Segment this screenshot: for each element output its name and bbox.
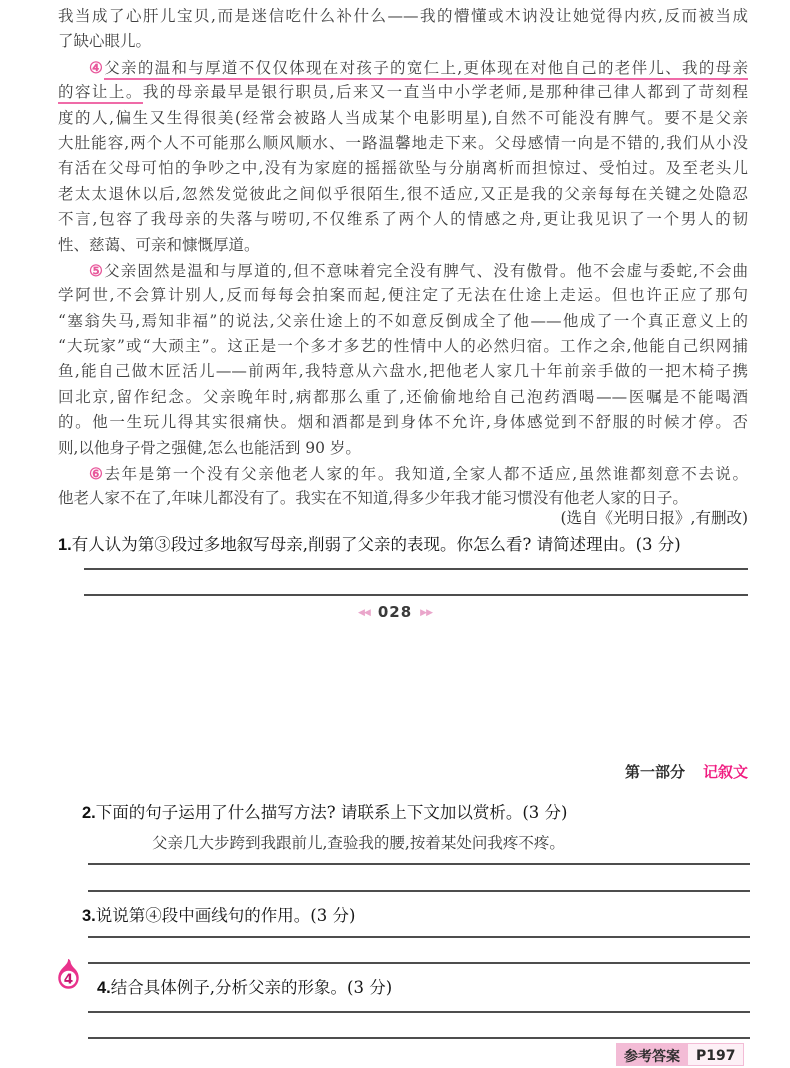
passage-text: 了缺心眼儿。 [58, 32, 151, 50]
passage-text: 去年是第一个没有父亲他老人家的年。我知道,全家人都不适应,虽然谁都刻意不去说。 [104, 465, 748, 483]
passage-line: 的。他一生玩儿得其实很痛快。烟和酒都是到身体不允许,身体感觉到不舒服的时候才停。… [58, 410, 748, 435]
passage-line: 不言,包容了我母亲的失落与唠叨,不仅维系了两个人的情感之舟,更让我见识了一个男人… [58, 207, 748, 232]
source-attribution: (选自《光明日报》,有删改) [58, 506, 748, 528]
passage-line: “大玩家”或“大顽主”。这正是一个多才多艺的性情中人的必然归宿。工作之余,他能自… [58, 334, 748, 359]
page-number-marker: ◀◀028▶▶ [0, 602, 790, 621]
passage-line: 的容让上。我的母亲最早是银行职员,后来又一直当中小学老师,是那种律己律人都到了苛… [58, 80, 748, 105]
section-part-label: 第一部分 [625, 763, 685, 781]
passage-text: 鱼,能自己做木匠活儿——前两年,我特意从六盘水,把他老人家几十年前亲手做的一把木… [58, 362, 748, 380]
answer-line [88, 1011, 750, 1013]
question-1: 1.有人认为第③段过多地叙写母亲,削弱了父亲的表现。你怎么看? 请简述理由。(3… [58, 531, 681, 555]
passage-text: 有活在父母可怕的争吵之中,没有为家庭的摇摇欲坠与分崩离析而担惊过、受怕过。及至老… [58, 159, 748, 177]
passage-line: 回北京,留作纪念。父亲晚年时,病都那么重了,还偷偷地给自己泡药酒喝——医嘱是不能… [58, 385, 748, 410]
passage-text: 回北京,留作纪念。父亲晚年时,病都那么重了,还偷偷地给自己泡药酒喝——医嘱是不能… [58, 388, 748, 406]
question-2: 2.下面的句子运用了什么描写方法? 请联系上下文加以赏析。(3 分) [82, 799, 567, 823]
passage-text: “大玩家”或“大顽主”。这正是一个多才多艺的性情中人的必然归宿。工作之余,他能自… [58, 337, 748, 355]
passage-text: 我当成了心肝儿宝贝,而是迷信吃什么补什么——我的懵懂或木讷没让她觉得内疚,反而被… [58, 7, 748, 25]
answer-line [84, 594, 748, 596]
passage-line: 学阿世,不会算计别人,反而每每会拍案而起,便注定了无法在仕途上走运。但也许正应了… [58, 283, 748, 308]
question-2-quote: 父亲几大步跨到我跟前儿,查验我的腰,按着某处问我疼不疼。 [152, 831, 565, 853]
passage-text: 我的母亲最早是银行职员,后来又一直当中小学老师,是那种律己律人都到了苛刻程 [143, 83, 748, 101]
passage-text: 学阿世,不会算计别人,反而每每会拍案而起,便注定了无法在仕途上走运。但也许正应了… [58, 286, 748, 304]
paragraph-number-icon: ⑤ [89, 261, 104, 280]
answer-line [88, 962, 750, 964]
section-header: 第一部分记叙文 [58, 761, 748, 782]
passage-text: 性、慈蔼、可亲和慷慨厚道。 [58, 236, 260, 254]
paragraph-number-icon: ④ [89, 58, 104, 77]
passage-text: 父亲固然是温和与厚道的,但不意味着完全没有脾气、没有傲骨。他不会虚与委蛇,不会曲 [104, 262, 748, 280]
hot-question-flame-icon: 4 [53, 958, 83, 992]
passage-line: 了缺心眼儿。 [58, 29, 748, 54]
passage-line: 性、慈蔼、可亲和慷慨厚道。 [58, 233, 748, 258]
question-4: 4.结合具体例子,分析父亲的形象。(3 分) [97, 974, 392, 998]
answer-line [88, 863, 750, 865]
question-3-number: 3. [82, 907, 96, 925]
underlined-sentence: 的容让上。 [58, 83, 143, 104]
passage-line: ⑤父亲固然是温和与厚道的,但不意味着完全没有脾气、没有傲骨。他不会虚与委蛇,不会… [58, 258, 748, 283]
passage-line: 我当成了心肝儿宝贝,而是迷信吃什么补什么——我的懵懂或木讷没让她觉得内疚,反而被… [58, 4, 748, 29]
passage-text: 老太太退休以后,忽然发觉彼此之间似乎很陌生,很不适应,又正是我的父亲每每在关键之… [58, 185, 748, 203]
question-3: 3.说说第④段中画线句的作用。(3 分) [82, 902, 355, 926]
answer-line [88, 890, 750, 892]
answer-reference-label: 参考答案 [616, 1043, 688, 1066]
question-2-number: 2. [82, 804, 96, 822]
question-4-text: 结合具体例子,分析父亲的形象。(3 分) [111, 978, 392, 997]
right-arrows-icon: ▶▶ [420, 608, 432, 618]
answer-line [88, 936, 750, 938]
passage-text: 不言,包容了我母亲的失落与唠叨,不仅维系了两个人的情感之舟,更让我见识了一个男人… [58, 210, 748, 228]
left-arrows-icon: ◀◀ [358, 608, 370, 618]
passage-line: 大肚能容,两个人不可能那么顺风顺水、一路温馨地走下来。父母感情一向是不错的,我们… [58, 131, 748, 156]
question-2-text: 下面的句子运用了什么描写方法? 请联系上下文加以赏析。(3 分) [96, 803, 568, 822]
page-number: 028 [378, 603, 412, 621]
passage-line: 度的人,偏生又生得很美(经常会被路人当成某个电影明星),自然不可能没有脾气。要不… [58, 106, 748, 131]
workbook-page: 我当成了心肝儿宝贝,而是迷信吃什么补什么——我的懵懂或木讷没让她觉得内疚,反而被… [0, 0, 790, 1068]
passage-text: 大肚能容,两个人不可能那么顺风顺水、一路温馨地走下来。父母感情一向是不错的,我们… [58, 134, 748, 152]
section-category-label: 记叙文 [703, 763, 748, 781]
question-3-text: 说说第④段中画线句的作用。(3 分) [96, 906, 356, 925]
passage-line: 则,以他身子骨之强健,怎么也能活到 90 岁。 [58, 436, 748, 461]
question-1-text: 有人认为第③段过多地叙写母亲,削弱了父亲的表现。你怎么看? 请简述理由。(3 分… [72, 535, 681, 554]
answer-reference-page: P197 [688, 1043, 744, 1066]
passage-text: “塞翁失马,焉知非福”的说法,父亲仕途上的不如意反倒成全了他——他成了一个真正意… [58, 312, 748, 330]
passage-text: 他老人家不在了,年味儿都没有了。我实在不知道,得多少年我才能习惯没有他老人家的日… [58, 489, 688, 507]
answer-line [84, 568, 748, 570]
flame-number: 4 [64, 972, 73, 988]
paragraph-number-icon: ⑥ [89, 464, 104, 483]
passage-line: ④父亲的温和与厚道不仅仅体现在对孩子的宽仁上,更体现在对他自己的老伴儿、我的母亲 [58, 55, 748, 80]
passage-text: 的。他一生玩儿得其实很痛快。烟和酒都是到身体不允许,身体感觉到不舒服的时候才停。… [58, 413, 748, 431]
underlined-sentence: 父亲的温和与厚道不仅仅体现在对孩子的宽仁上,更体现在对他自己的老伴儿、我的母亲 [104, 59, 748, 80]
reading-passage: 我当成了心肝儿宝贝,而是迷信吃什么补什么——我的懵懂或木讷没让她觉得内疚,反而被… [58, 4, 748, 512]
question-4-number: 4. [97, 979, 111, 997]
question-1-number: 1. [58, 536, 72, 554]
passage-line: ⑥去年是第一个没有父亲他老人家的年。我知道,全家人都不适应,虽然谁都刻意不去说。 [58, 461, 748, 486]
passage-line: 鱼,能自己做木匠活儿——前两年,我特意从六盘水,把他老人家几十年前亲手做的一把木… [58, 359, 748, 384]
passage-line: 老太太退休以后,忽然发觉彼此之间似乎很陌生,很不适应,又正是我的父亲每每在关键之… [58, 182, 748, 207]
passage-text: 度的人,偏生又生得很美(经常会被路人当成某个电影明星),自然不可能没有脾气。要不… [58, 109, 748, 127]
answer-line [88, 1037, 750, 1039]
passage-text: 则,以他身子骨之强健,怎么也能活到 90 岁。 [58, 439, 361, 457]
passage-line: 有活在父母可怕的争吵之中,没有为家庭的摇摇欲坠与分崩离析而担惊过、受怕过。及至老… [58, 156, 748, 181]
answer-reference-badge: 参考答案 P197 [616, 1043, 744, 1066]
passage-line: “塞翁失马,焉知非福”的说法,父亲仕途上的不如意反倒成全了他——他成了一个真正意… [58, 309, 748, 334]
